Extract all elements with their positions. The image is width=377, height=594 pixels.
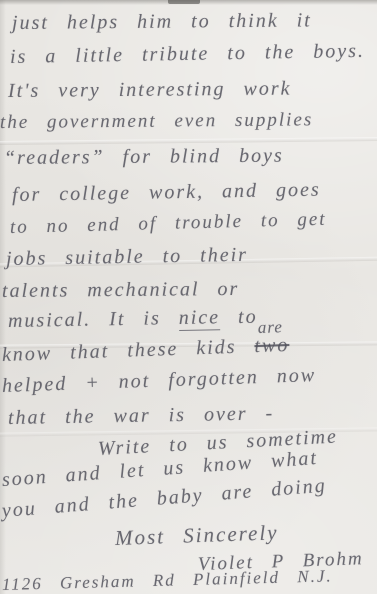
handwritten-line: Most Sincerely bbox=[115, 520, 279, 551]
letter-page: just helps him to think itis a little tr… bbox=[0, 0, 377, 594]
struck-out-word: twoare bbox=[254, 334, 290, 357]
handwritten-line: just helps him to think it bbox=[12, 9, 312, 35]
handwritten-text: It's very interesting work bbox=[8, 78, 292, 102]
handwritten-text: musical. It is bbox=[8, 307, 179, 332]
handwritten-line: the government even supplies bbox=[0, 109, 313, 134]
handwritten-line: helped + not forgotten now bbox=[2, 364, 317, 398]
handwritten-line: 1126 Gresham Rd Plainfield N.J. bbox=[2, 566, 333, 594]
handwritten-line: that the war is over - bbox=[8, 402, 275, 430]
handwritten-text: talents mechanical or bbox=[2, 278, 239, 302]
underlined-word: nice bbox=[179, 306, 221, 331]
handwritten-text: “readers” for blind boys bbox=[4, 145, 284, 169]
handwritten-text: know that these kids bbox=[2, 335, 255, 366]
handwritten-text: for college work, and goes bbox=[12, 179, 321, 206]
handwritten-line: jobs suitable to their bbox=[6, 244, 248, 271]
handwritten-line: know that these kids twoare bbox=[2, 334, 290, 367]
handwritten-text: that the war is over - bbox=[8, 402, 275, 429]
handwritten-text: helped + not forgotten now bbox=[2, 364, 317, 397]
handwritten-line: is a little tribute to the boys. bbox=[10, 40, 365, 69]
handwritten-line: for college work, and goes bbox=[12, 179, 321, 207]
handwritten-text: the government even supplies bbox=[0, 109, 313, 133]
handwritten-line: musical. It is nice to bbox=[8, 306, 258, 333]
handwritten-text: to bbox=[220, 306, 258, 329]
handwritten-line: It's very interesting work bbox=[8, 78, 292, 103]
handwriting-body: just helps him to think itis a little tr… bbox=[0, 0, 377, 594]
handwritten-line: “readers” for blind boys bbox=[4, 145, 284, 170]
handwritten-text: to no end of trouble to get bbox=[10, 209, 327, 238]
handwritten-text: 1126 Gresham Rd Plainfield N.J. bbox=[2, 566, 333, 594]
handwritten-text: is a little tribute to the boys. bbox=[10, 40, 365, 68]
handwritten-text: jobs suitable to their bbox=[6, 244, 248, 270]
handwritten-text: Most Sincerely bbox=[115, 520, 279, 550]
inserted-word-above: are bbox=[257, 317, 283, 338]
handwritten-line: to no end of trouble to get bbox=[10, 209, 327, 239]
handwritten-line: talents mechanical or bbox=[2, 278, 240, 303]
handwritten-text: just helps him to think it bbox=[12, 9, 312, 34]
